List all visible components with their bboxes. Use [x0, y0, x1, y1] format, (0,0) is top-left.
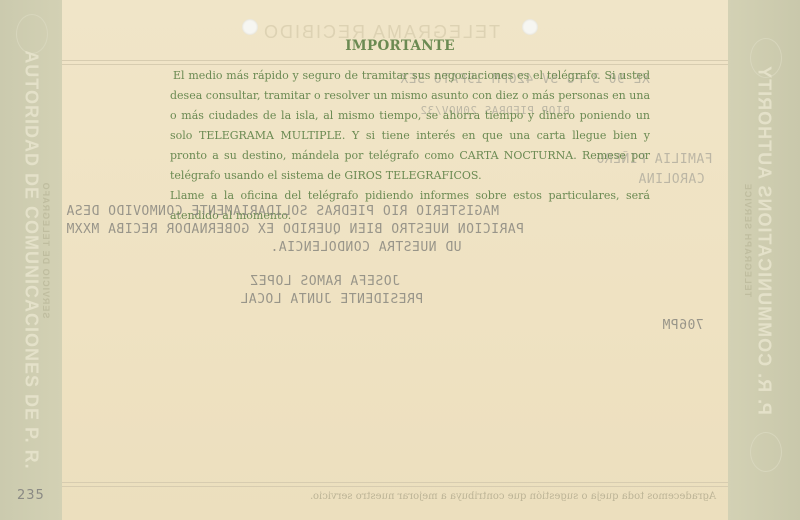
footer-note: Agradecemos toda queja o sugestión que c… — [310, 491, 716, 502]
left-band-subtitle: SERVICIO DE TELEGRAFO — [41, 182, 51, 319]
right-band-subtitle: TELEGRAPH SERVICE — [743, 183, 753, 297]
top-rule-divider — [62, 60, 728, 65]
bleed-time-stamp: 706PM — [662, 318, 704, 333]
seal-icon — [750, 432, 782, 472]
right-band-title: P. R. COMMUNICATIONS AUTHORITY — [754, 65, 775, 415]
bleed-signature-title: PRESIDENTE JUNTA LOCAL — [240, 292, 423, 307]
punch-hole — [522, 19, 538, 35]
important-notice: El medio más rápido y seguro de tramitar… — [170, 66, 650, 226]
page-number: 235 — [17, 488, 45, 503]
notice-paragraph-1: El medio más rápido y seguro de tramitar… — [170, 66, 650, 186]
telegram-back-page: AUTORIDAD DE COMUNICACIONES DE P. R. SER… — [0, 0, 800, 520]
punch-hole — [242, 19, 258, 35]
bleed-signature-name: JOSEFA RAMOS LOPEZ — [250, 274, 400, 289]
page-title: IMPORTANTE — [0, 38, 800, 54]
bottom-rule-divider — [62, 482, 728, 487]
bleed-message-line-2: PARICION NUESTRO BIEN QUERIDO EX GOBERNA… — [66, 222, 524, 237]
bleed-message-line-3: UD NUESTRA CONDOLENCIA. — [270, 240, 462, 255]
right-side-band: P. R. COMMUNICATIONS AUTHORITY TELEGRAPH… — [728, 0, 800, 520]
left-band-title: AUTORIDAD DE COMUNICACIONES DE P. R. — [21, 50, 42, 469]
bleed-message-line-1: MAGISTERIO RIO PIEDRAS SOLIDARIAMENTE CO… — [66, 204, 499, 219]
left-side-band: AUTORIDAD DE COMUNICACIONES DE P. R. SER… — [0, 0, 62, 520]
